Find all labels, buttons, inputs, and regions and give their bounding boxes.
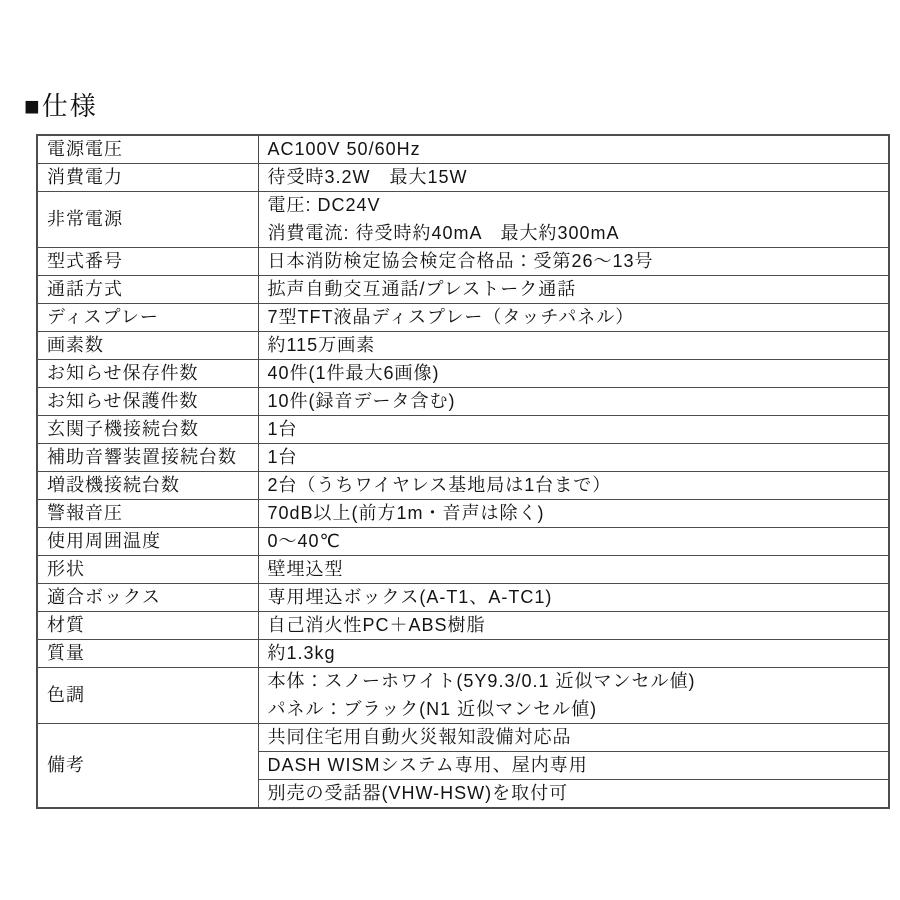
spec-value: 本体：スノーホワイト(5Y9.3/0.1 近似マンセル値) パネル：ブラック(N…	[258, 668, 889, 724]
spec-value: 約115万画素	[258, 332, 889, 360]
spec-label: 質量	[37, 640, 258, 668]
table-row: 材質 自己消火性PC＋ABS樹脂	[37, 612, 889, 640]
spec-value: 1台	[258, 444, 889, 472]
spec-label: 形状	[37, 556, 258, 584]
spec-value-line: 電圧: DC24V	[268, 192, 885, 220]
spec-label: 電源電圧	[37, 135, 258, 164]
spec-value: AC100V 50/60Hz	[258, 135, 889, 164]
spec-label: 非常電源	[37, 192, 258, 248]
spec-label: 画素数	[37, 332, 258, 360]
spec-label: 使用周囲温度	[37, 528, 258, 556]
spec-value: 日本消防検定協会検定合格品：受第26～13号	[258, 248, 889, 276]
spec-value: 共同住宅用自動火災報知設備対応品	[258, 724, 889, 752]
spec-value: 70dB以上(前方1m・音声は除く)	[258, 500, 889, 528]
spec-label: 消費電力	[37, 164, 258, 192]
spec-value: 待受時3.2W 最大15W	[258, 164, 889, 192]
spec-label: お知らせ保護件数	[37, 388, 258, 416]
table-row: 警報音圧 70dB以上(前方1m・音声は除く)	[37, 500, 889, 528]
spec-value: 約1.3kg	[258, 640, 889, 668]
table-row: 玄関子機接続台数 1台	[37, 416, 889, 444]
spec-value: 自己消火性PC＋ABS樹脂	[258, 612, 889, 640]
table-row: 質量 約1.3kg	[37, 640, 889, 668]
table-row: お知らせ保存件数 40件(1件最大6画像)	[37, 360, 889, 388]
spec-value: 40件(1件最大6画像)	[258, 360, 889, 388]
spec-value: 2台（うちワイヤレス基地局は1台まで）	[258, 472, 889, 500]
spec-value: 専用埋込ボックス(A-T1、A-TC1)	[258, 584, 889, 612]
spec-value: 10件(録音データ含む)	[258, 388, 889, 416]
spec-value-line: パネル：ブラック(N1 近似マンセル値)	[268, 696, 885, 724]
table-row: 補助音響装置接続台数 1台	[37, 444, 889, 472]
table-row: 通話方式 拡声自動交互通話/プレストーク通話	[37, 276, 889, 304]
spec-value: 電圧: DC24V 消費電流: 待受時約40mA 最大約300mA	[258, 192, 889, 248]
spec-label: 玄関子機接続台数	[37, 416, 258, 444]
spec-label: ディスプレー	[37, 304, 258, 332]
spec-value: 0～40℃	[258, 528, 889, 556]
spec-value: 1台	[258, 416, 889, 444]
spec-label: お知らせ保存件数	[37, 360, 258, 388]
table-row: 適合ボックス 専用埋込ボックス(A-T1、A-TC1)	[37, 584, 889, 612]
spec-label: 補助音響装置接続台数	[37, 444, 258, 472]
table-row: 色調 本体：スノーホワイト(5Y9.3/0.1 近似マンセル値) パネル：ブラッ…	[37, 668, 889, 724]
spec-value-line: 消費電流: 待受時約40mA 最大約300mA	[268, 220, 885, 248]
spec-value: 7型TFT液晶ディスプレー（タッチパネル）	[258, 304, 889, 332]
table-row: 非常電源 電圧: DC24V 消費電流: 待受時約40mA 最大約300mA	[37, 192, 889, 248]
specifications-table: 電源電圧 AC100V 50/60Hz 消費電力 待受時3.2W 最大15W 非…	[36, 134, 890, 809]
spec-label: 増設機接続台数	[37, 472, 258, 500]
table-row: 型式番号 日本消防検定協会検定合格品：受第26～13号	[37, 248, 889, 276]
spec-label: 色調	[37, 668, 258, 724]
table-row: 電源電圧 AC100V 50/60Hz	[37, 135, 889, 164]
spec-sheet-page: ■仕様 電源電圧 AC100V 50/60Hz 消費電力 待受時3.2W 最大1…	[0, 0, 900, 900]
spec-value: 拡声自動交互通話/プレストーク通話	[258, 276, 889, 304]
table-row: 使用周囲温度 0～40℃	[37, 528, 889, 556]
table-row: 備考 共同住宅用自動火災報知設備対応品	[37, 724, 889, 752]
spec-label: 通話方式	[37, 276, 258, 304]
table-row: 消費電力 待受時3.2W 最大15W	[37, 164, 889, 192]
spec-label: 備考	[37, 724, 258, 809]
table-row: 増設機接続台数 2台（うちワイヤレス基地局は1台まで）	[37, 472, 889, 500]
spec-value: 別売の受話器(VHW-HSW)を取付可	[258, 780, 889, 809]
spec-label: 型式番号	[37, 248, 258, 276]
page-title: ■仕様	[24, 86, 98, 123]
spec-label: 適合ボックス	[37, 584, 258, 612]
table-row: 画素数 約115万画素	[37, 332, 889, 360]
spec-value-line: 本体：スノーホワイト(5Y9.3/0.1 近似マンセル値)	[268, 668, 885, 696]
table-row: ディスプレー 7型TFT液晶ディスプレー（タッチパネル）	[37, 304, 889, 332]
spec-label: 材質	[37, 612, 258, 640]
spec-label: 警報音圧	[37, 500, 258, 528]
spec-value: 壁埋込型	[258, 556, 889, 584]
table-row: 形状 壁埋込型	[37, 556, 889, 584]
spec-value: DASH WISMシステム専用、屋内専用	[258, 752, 889, 780]
table-row: お知らせ保護件数 10件(録音データ含む)	[37, 388, 889, 416]
